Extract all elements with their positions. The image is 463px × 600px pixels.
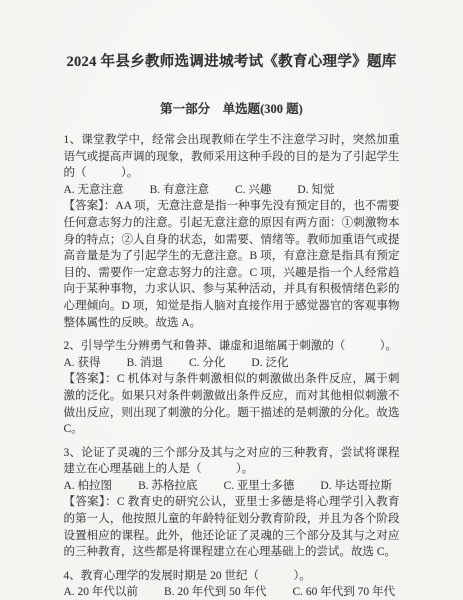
- question-text: 1、课堂教学中，经常会出现教师在学生不注意学习时，突然加重语气或提高声调的现象，…: [64, 132, 400, 182]
- option-item: B. 20 年代到 50 年代: [164, 584, 267, 600]
- option-item: B. 苏格拉底: [138, 478, 197, 495]
- question-options: A. 柏拉图B. 苏格拉底C. 亚里士多德D. 毕达哥拉斯: [64, 478, 400, 495]
- question-options: A. 无意注意B. 有意注意C. 兴趣D. 知觉: [64, 182, 400, 199]
- answer-text: 【答案】：AA 项，无意注意是指一种事先没有预定目的，也不需要任何意志努力的注意…: [64, 198, 400, 331]
- option-item: D. 毕达哥拉斯: [320, 478, 392, 495]
- option-item: A. 20 年代以前: [64, 584, 138, 600]
- option-item: C. 分化: [189, 355, 225, 372]
- question-block: 1、课堂教学中，经常会出现教师在学生不注意学习时，突然加重语气或提高声调的现象，…: [64, 132, 400, 331]
- option-item: D. 知觉: [297, 182, 334, 199]
- option-item: C. 兴趣: [235, 182, 271, 199]
- option-item: A. 获得: [64, 355, 101, 372]
- option-item: D. 泛化: [251, 355, 288, 372]
- page-title: 2024 年县乡教师选调进城考试《教育心理学》题库: [0, 0, 463, 71]
- question-list: 1、课堂教学中，经常会出现教师在学生不注意学习时，突然加重语气或提高声调的现象，…: [64, 132, 400, 600]
- question-block: 4、教育心理学的发展时期是 20 世纪（ ）。 A. 20 年代以前B. 20 …: [64, 568, 400, 600]
- option-item: C. 亚里士多德: [223, 478, 294, 495]
- option-item: B. 消退: [127, 355, 163, 372]
- question-options: A. 获得B. 消退C. 分化D. 泛化: [64, 355, 400, 372]
- option-item: A. 柏拉图: [64, 478, 113, 495]
- question-options: A. 20 年代以前B. 20 年代到 50 年代C. 60 年代到 70 年代: [64, 584, 400, 600]
- question-text: 4、教育心理学的发展时期是 20 世纪（ ）。: [64, 568, 400, 585]
- question-text: 3、论证了灵魂的三个部分及其与之对应的三种教育，尝试将课程建立在心理基础上的人是…: [64, 445, 400, 478]
- question-block: 3、论证了灵魂的三个部分及其与之对应的三种教育，尝试将课程建立在心理基础上的人是…: [64, 445, 400, 561]
- question-text: 2、引导学生分辨勇气和鲁莽、谦虚和退缩属于刺激的（ ）。: [64, 338, 400, 355]
- answer-text: 【答案】：C 教育史的研究公认，亚里士多德是将心理学引入教育的第一人，他按照儿童…: [64, 494, 400, 560]
- option-item: C. 60 年代到 70 年代: [292, 584, 395, 600]
- question-block: 2、引导学生分辨勇气和鲁莽、谦虚和退缩属于刺激的（ ）。 A. 获得B. 消退C…: [64, 338, 400, 438]
- option-item: A. 无意注意: [64, 182, 124, 199]
- section-heading: 第一部分 单选题(300 题): [0, 71, 463, 117]
- option-item: B. 有意注意: [150, 182, 209, 199]
- answer-text: 【答案】：C 机体对与条件刺激相似的刺激做出条件反应，属于刺激的泛化。如果只对条…: [64, 371, 400, 437]
- document-page: 2024 年县乡教师选调进城考试《教育心理学》题库 第一部分 单选题(300 题…: [0, 0, 463, 600]
